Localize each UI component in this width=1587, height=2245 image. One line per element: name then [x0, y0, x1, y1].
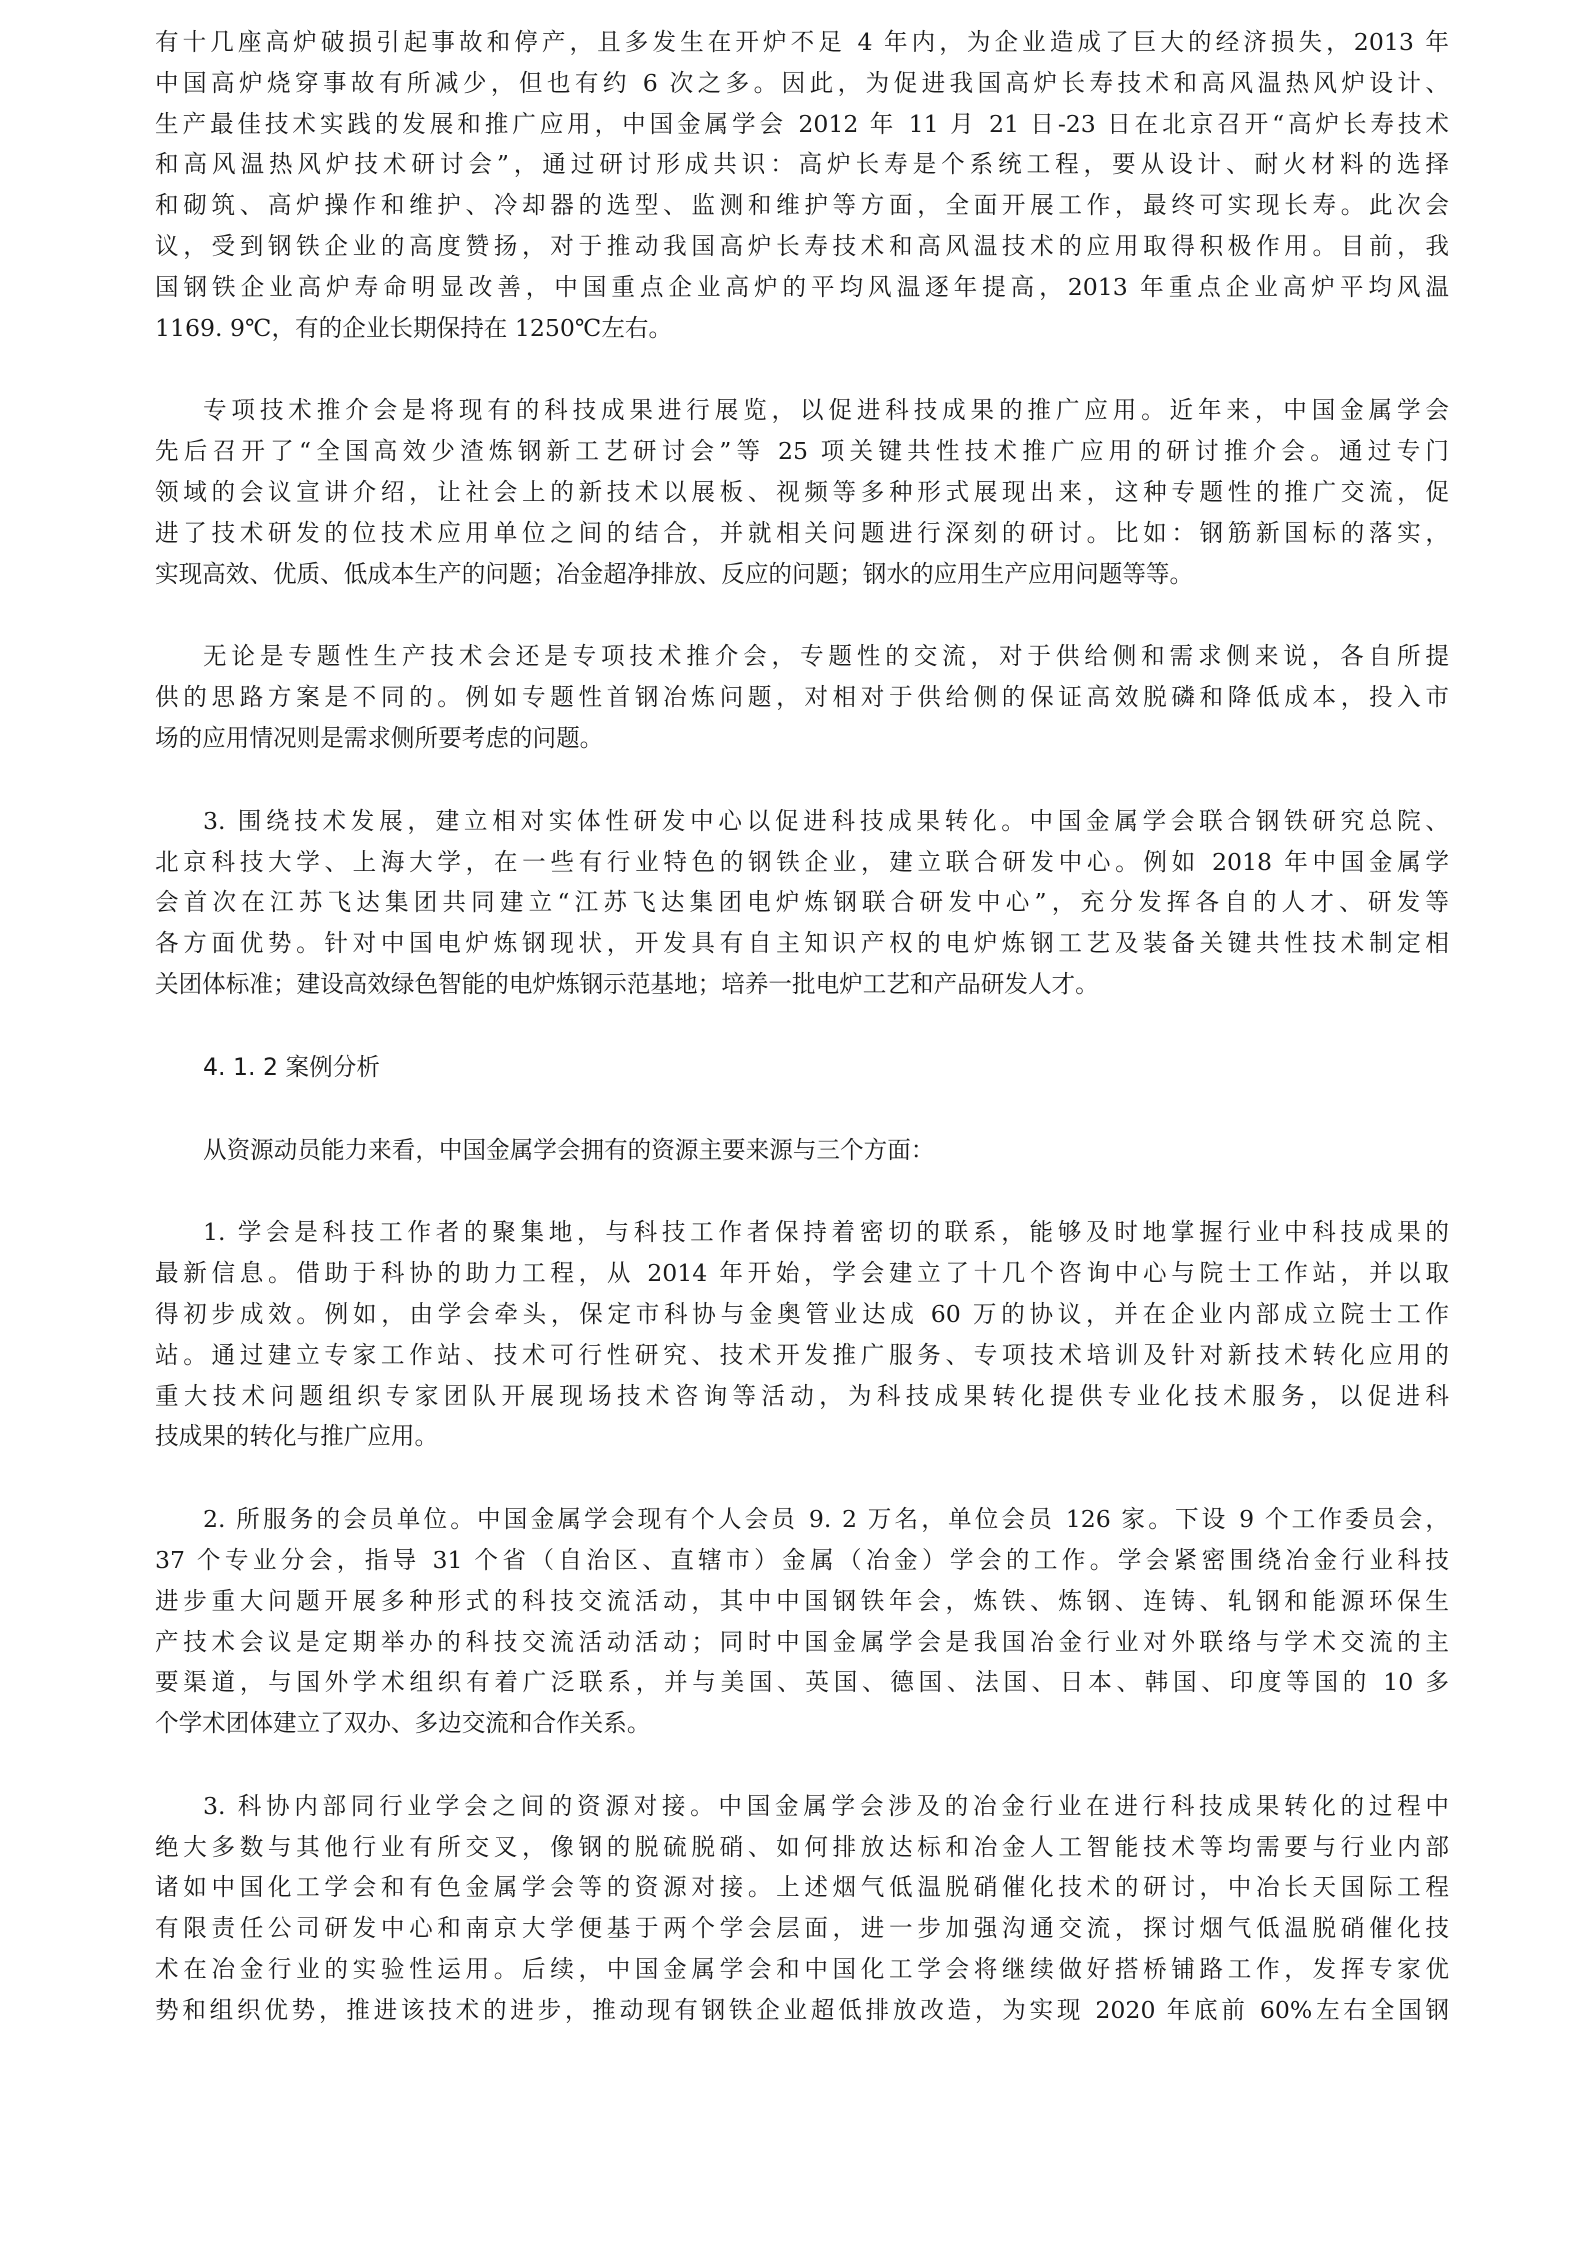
text-line: 会首次在江苏飞达集团共同建立“江苏飞达集团电炉炼钢联合研发中心”，充分发挥各自的…: [155, 882, 1449, 923]
text-line: 绝大多数与其他行业有所交叉，像钢的脱硫脱硝、如何排放达标和冶金人工智能技术等均需…: [155, 1827, 1449, 1868]
text-line: 有十几座高炉破损引起事故和停产，且多发生在开炉不足 4 年内，为企业造成了巨大的…: [155, 22, 1449, 63]
text-line: 重大技术问题组织专家团队开展现场技术咨询等活动，为科技成果转化提供专业化技术服务…: [155, 1376, 1449, 1417]
text-line: 议，受到钢铁企业的高度赞扬，对于推动我国高炉长寿技术和高风温技术的应用取得积极作…: [155, 226, 1449, 267]
text-line: 从资源动员能力来看，中国金属学会拥有的资源主要来源与三个方面：: [155, 1130, 1449, 1171]
text-line: 中国高炉烧穿事故有所减少，但也有约 6 次之多。因此，为促进我国高炉长寿技术和高…: [155, 63, 1449, 104]
text-line: 最新信息。借助于科协的助力工程，从 2014 年开始，学会建立了十几个咨询中心与…: [155, 1253, 1449, 1294]
text-line: 进步重大问题开展多种形式的科技交流活动，其中中国钢铁年会，炼铁、炼钢、连铸、轧钢…: [155, 1581, 1449, 1622]
text-line: 北京科技大学、上海大学，在一些有行业特色的钢铁企业，建立联合研发中心。例如 20…: [155, 842, 1449, 883]
text-line: 关团体标准；建设高效绿色智能的电炉炼钢示范基地；培养一批电炉工艺和产品研发人才。: [155, 964, 1449, 1005]
text-line: 站。通过建立专家工作站、技术可行性研究、技术开发推广服务、专项技术培训及针对新技…: [155, 1335, 1449, 1376]
text-line: 诸如中国化工学会和有色金属学会等的资源对接。上述烟气低温脱硝催化技术的研讨，中冶…: [155, 1867, 1449, 1908]
text-line: 37 个专业分会，指导 31 个省（自治区、直辖市）金属（冶金）学会的工作。学会…: [155, 1540, 1449, 1581]
document-page: 有十几座高炉破损引起事故和停产，且多发生在开炉不足 4 年内，为企业造成了巨大的…: [155, 22, 1449, 2031]
text-line: 术在冶金行业的实验性运用。后续，中国金属学会和中国化工学会将继续做好搭桥铺路工作…: [155, 1949, 1449, 1990]
text-line: 实现高效、优质、低成本生产的问题；冶金超净排放、反应的问题；钢水的应用生产应用问…: [155, 554, 1449, 595]
text-line: 领域的会议宣讲介绍，让社会上的新技术以展板、视频等多种形式展现出来，这种专题性的…: [155, 472, 1449, 513]
paragraph-blast-furnace-longevity: 有十几座高炉破损引起事故和停产，且多发生在开炉不足 4 年内，为企业造成了巨大的…: [155, 22, 1449, 348]
text-line: 势和组织优势，推进该技术的进步，推动现有钢铁企业超低排放改造，为实现 2020 …: [155, 1990, 1449, 2031]
paragraph-rnd-center: 3. 围绕技术发展，建立相对实体性研发中心以促进科技成果转化。中国金属学会联合钢…: [155, 801, 1449, 1005]
text-line: 进了技术研发的位技术应用单位之间的结合，并就相关问题进行深刻的研讨。比如：钢筋新…: [155, 513, 1449, 554]
text-line: 技成果的转化与推广应用。: [155, 1416, 1449, 1457]
text-line: 和砌筑、高炉操作和维护、冷却器的选型、监测和维护等方面，全面开展工作，最终可实现…: [155, 185, 1449, 226]
text-line: 专项技术推介会是将现有的科技成果进行展览，以促进科技成果的推广应用。近年来，中国…: [155, 390, 1449, 431]
text-line: 产技术会议是定期举办的科技交流活动活动；同时中国金属学会是我国冶金行业对外联络与…: [155, 1622, 1449, 1663]
paragraph-resource-1: 1. 学会是科技工作者的聚集地，与科技工作者保持着密切的联系，能够及时地掌握行业…: [155, 1212, 1449, 1457]
text-line: 1169. 9℃，有的企业长期保持在 1250℃左右。: [155, 308, 1449, 349]
text-line: 2. 所服务的会员单位。中国金属学会现有个人会员 9. 2 万名，单位会员 12…: [155, 1499, 1449, 1540]
text-line: 各方面优势。针对中国电炉炼钢现状，开发具有自主知识产权的电炉炼钢工艺及装备关键共…: [155, 923, 1449, 964]
paragraph-resource-intro: 从资源动员能力来看，中国金属学会拥有的资源主要来源与三个方面：: [155, 1130, 1449, 1171]
text-line: 先后召开了“全国高效少渣炼钢新工艺研讨会”等 25 项关键共性技术推广应用的研讨…: [155, 431, 1449, 472]
text-line: 3. 科协内部同行业学会之间的资源对接。中国金属学会涉及的冶金行业在进行科技成果…: [155, 1786, 1449, 1827]
text-line: 国钢铁企业高炉寿命明显改善，中国重点企业高炉的平均风温逐年提高，2013 年重点…: [155, 267, 1449, 308]
text-line: 3. 围绕技术发展，建立相对实体性研发中心以促进科技成果转化。中国金属学会联合钢…: [155, 801, 1449, 842]
text-line: 场的应用情况则是需求侧所要考虑的问题。: [155, 718, 1449, 759]
text-line: 要渠道，与国外学术组织有着广泛联系，并与美国、英国、德国、法国、日本、韩国、印度…: [155, 1662, 1449, 1703]
paragraph-resource-3: 3. 科协内部同行业学会之间的资源对接。中国金属学会涉及的冶金行业在进行科技成果…: [155, 1786, 1449, 2031]
text-line: 和高风温热风炉技术研讨会”，通过研讨形成共识：高炉长寿是个系统工程，要从设计、耐…: [155, 144, 1449, 185]
text-line: 得初步成效。例如，由学会牵头，保定市科协与金奥管业达成 60 万的协议，并在企业…: [155, 1294, 1449, 1335]
text-line: 有限责任公司研发中心和南京大学便基于两个学会层面，进一步加强沟通交流，探讨烟气低…: [155, 1908, 1449, 1949]
section-heading: 4. 1. 2 案例分析: [155, 1047, 1449, 1088]
text-line: 生产最佳技术实践的发展和推广应用，中国金属学会 2012 年 11 月 21 日…: [155, 104, 1449, 145]
paragraph-supply-demand: 无论是专题性生产技术会还是专项技术推介会，专题性的交流，对于供给侧和需求侧来说，…: [155, 636, 1449, 758]
text-line: 个学术团体建立了双办、多边交流和合作关系。: [155, 1703, 1449, 1744]
text-line: 1. 学会是科技工作者的聚集地，与科技工作者保持着密切的联系，能够及时地掌握行业…: [155, 1212, 1449, 1253]
text-line: 无论是专题性生产技术会还是专项技术推介会，专题性的交流，对于供给侧和需求侧来说，…: [155, 636, 1449, 677]
paragraph-technology-promotion: 专项技术推介会是将现有的科技成果进行展览，以促进科技成果的推广应用。近年来，中国…: [155, 390, 1449, 594]
text-line: 供的思路方案是不同的。例如专题性首钢冶炼问题，对相对于供给侧的保证高效脱磷和降低…: [155, 677, 1449, 718]
paragraph-resource-2: 2. 所服务的会员单位。中国金属学会现有个人会员 9. 2 万名，单位会员 12…: [155, 1499, 1449, 1744]
